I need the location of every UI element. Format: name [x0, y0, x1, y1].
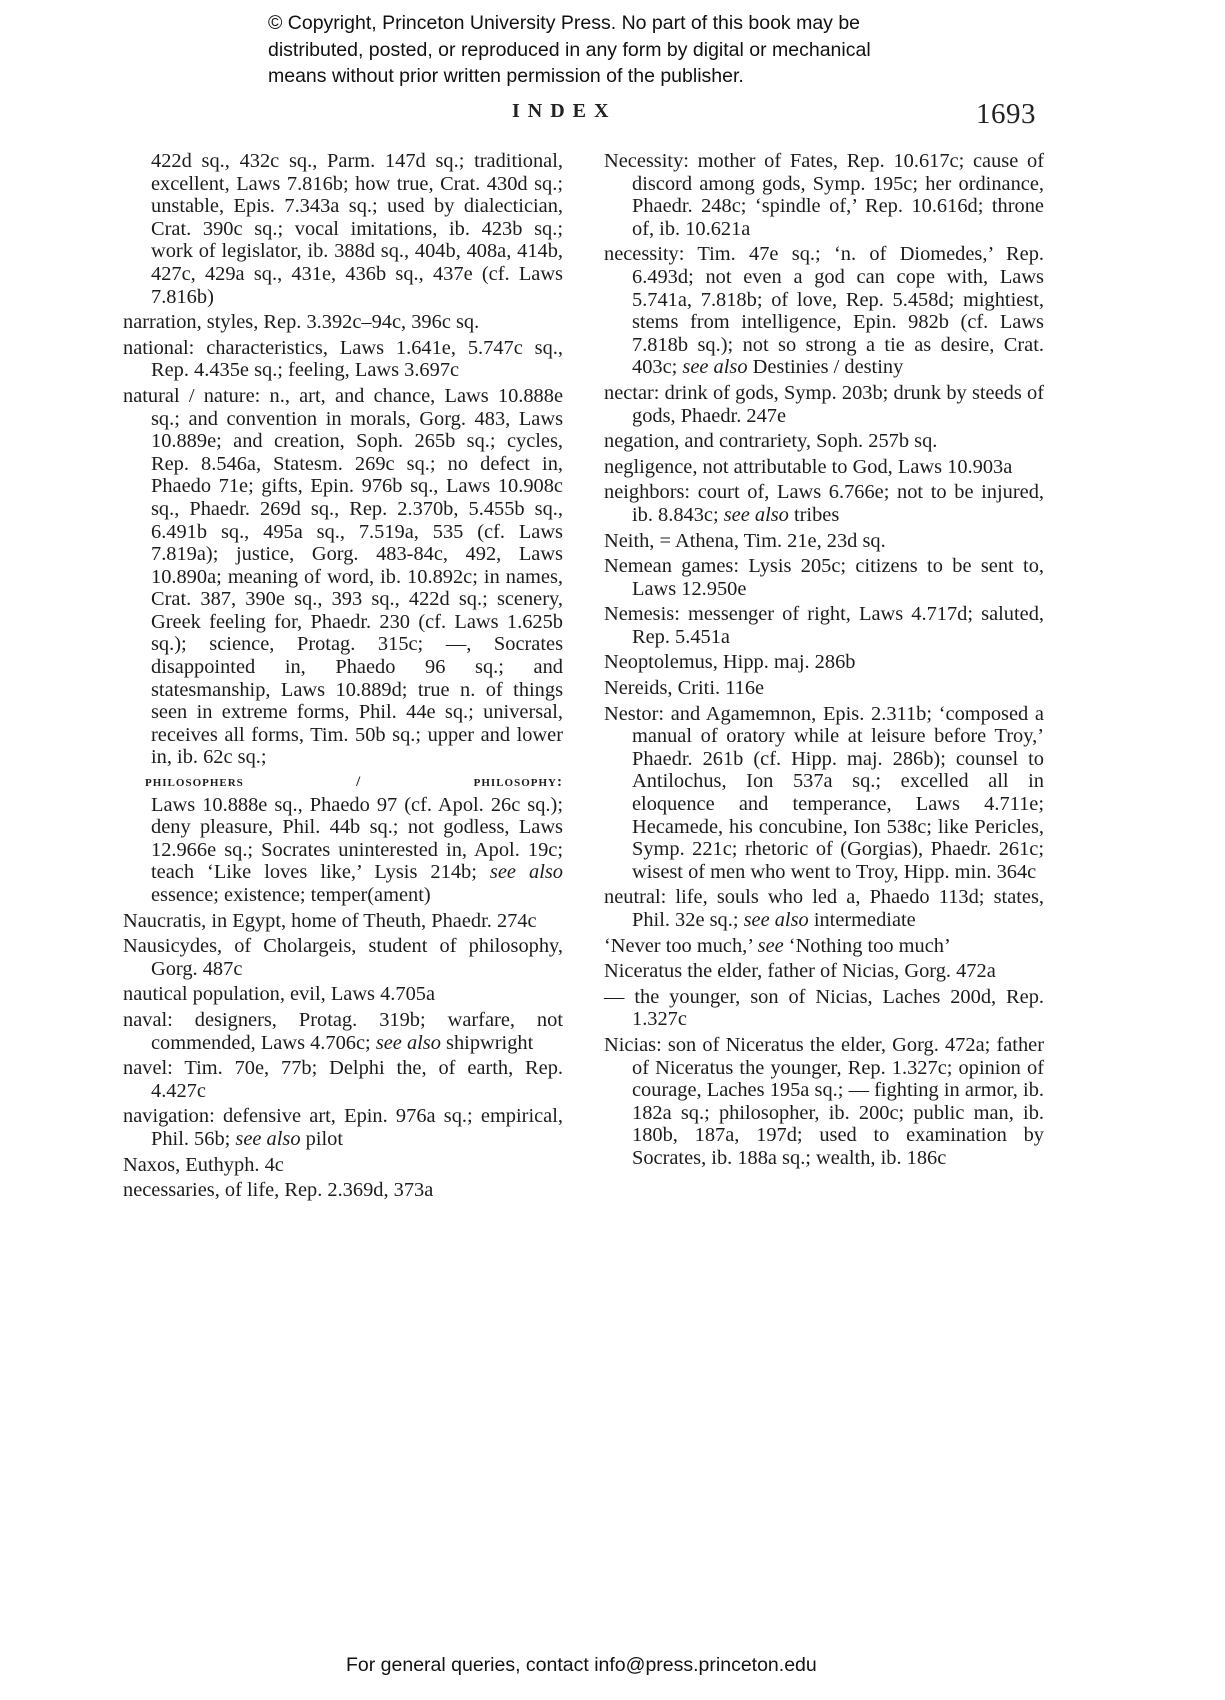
cross-reference-label: see also	[744, 909, 809, 931]
index-entry: natural / nature: n., art, and chance, L…	[123, 385, 563, 907]
index-entry: — the younger, son of Nicias, Laches 200…	[604, 986, 1044, 1031]
index-entry: Niceratus the elder, father of Nicias, G…	[604, 960, 1044, 983]
entry-text: — the younger, son of Nicias, Laches 200…	[604, 986, 1044, 1031]
index-entry: narration, styles, Rep. 3.392c–94c, 396c…	[123, 311, 563, 334]
entry-text: negligence, not attributable to God, Law…	[604, 456, 1012, 478]
entry-text: Nausicydes, of Cholargeis, student of ph…	[123, 935, 563, 980]
index-entry: Nemean games: Lysis 205c; citizens to be…	[604, 555, 1044, 600]
copyright-line: distributed, posted, or reproduced in an…	[268, 37, 1028, 64]
index-entry: Nausicydes, of Cholargeis, student of ph…	[123, 935, 563, 980]
entry-text: Naxos, Euthyph. 4c	[123, 1154, 284, 1176]
page-number: 1693	[976, 98, 1036, 131]
subheading-label: philosophers / philosophy:	[151, 771, 563, 794]
entry-text: Neoptolemus, Hipp. maj. 286b	[604, 651, 855, 673]
entry-text: necessaries, of life, Rep. 2.369d, 373a	[123, 1179, 433, 1201]
entry-text: nectar: drink of gods, Symp. 203b; drunk…	[604, 382, 1044, 427]
entry-text: Naucratis, in Egypt, home of Theuth, Pha…	[123, 910, 537, 932]
entry-text: negation, and contrariety, Soph. 257b sq…	[604, 430, 937, 452]
index-entry: Necessity: mother of Fates, Rep. 10.617c…	[604, 150, 1044, 240]
entry-text: Nereids, Criti. 116e	[604, 677, 764, 699]
index-entry: neutral: life, souls who led a, Phaedo 1…	[604, 886, 1044, 931]
index-entry: Nicias: son of Niceratus the elder, Gorg…	[604, 1034, 1044, 1170]
index-entry: Nemesis: messenger of right, Laws 4.717d…	[604, 603, 1044, 648]
cross-reference-label: see also	[376, 1032, 441, 1054]
copyright-line: means without prior written permission o…	[268, 63, 1028, 90]
copyright-line: © Copyright, Princeton University Press.…	[268, 10, 1028, 37]
entry-text: Nemesis: messenger of right, Laws 4.717d…	[604, 603, 1044, 648]
index-entry: navel: Tim. 70e, 77b; Delphi the, of ear…	[123, 1057, 563, 1102]
index-entry: ‘Never too much,’ see ‘Nothing too much’	[604, 935, 1044, 958]
cross-reference-label: see	[758, 935, 784, 957]
index-entry: Naxos, Euthyph. 4c	[123, 1154, 563, 1177]
entry-text: pilot	[301, 1128, 343, 1150]
index-entry: Nereids, Criti. 116e	[604, 677, 1044, 700]
entry-text: navel: Tim. 70e, 77b; Delphi the, of ear…	[123, 1057, 563, 1102]
entry-text: narration, styles, Rep. 3.392c–94c, 396c…	[123, 311, 479, 333]
cross-reference-label: see also	[682, 356, 747, 378]
index-entry: nectar: drink of gods, Symp. 203b; drunk…	[604, 382, 1044, 427]
entry-text: intermediate	[809, 909, 916, 931]
index-entry: navigation: defensive art, Epin. 976a sq…	[123, 1105, 563, 1150]
index-entry: Neoptolemus, Hipp. maj. 286b	[604, 651, 1044, 674]
index-entry: negation, and contrariety, Soph. 257b sq…	[604, 430, 1044, 453]
entry-text: Niceratus the elder, father of Nicias, G…	[604, 960, 996, 982]
entry-text: Nicias: son of Niceratus the elder, Gorg…	[604, 1034, 1044, 1169]
entry-text: Nemean games: Lysis 205c; citizens to be…	[604, 555, 1044, 600]
copyright-notice: © Copyright, Princeton University Press.…	[268, 10, 1028, 90]
entry-text: nautical population, evil, Laws 4.705a	[123, 983, 435, 1005]
footer-contact: For general queries, contact info@press.…	[346, 1654, 817, 1677]
entry-text: Necessity: mother of Fates, Rep. 10.617c…	[604, 150, 1044, 240]
entry-text: shipwright	[441, 1032, 533, 1054]
index-entry: nautical population, evil, Laws 4.705a	[123, 983, 563, 1006]
entry-text: Destinies / destiny	[748, 356, 904, 378]
index-entry: 422d sq., 432c sq., Parm. 147d sq.; trad…	[123, 150, 563, 308]
entry-text: natural / nature: n., art, and chance, L…	[123, 385, 563, 769]
entry-text: Nestor: and Agamemnon, Epis. 2.311b; ‘co…	[604, 703, 1044, 883]
cross-reference-label: see also	[235, 1128, 300, 1150]
index-entry: necessaries, of life, Rep. 2.369d, 373a	[123, 1179, 563, 1202]
running-head: INDEX	[512, 100, 616, 123]
index-column-right: Necessity: mother of Fates, Rep. 10.617c…	[604, 150, 1044, 1173]
index-entry: necessity: Tim. 47e sq.; ‘n. of Diomedes…	[604, 243, 1044, 379]
cross-reference-label: see also	[490, 861, 563, 883]
index-entry: neighbors: court of, Laws 6.766e; not to…	[604, 481, 1044, 526]
index-entry: naval: designers, Protag. 319b; warfare,…	[123, 1009, 563, 1054]
index-entry: negligence, not attributable to God, Law…	[604, 456, 1044, 479]
index-column-left: 422d sq., 432c sq., Parm. 147d sq.; trad…	[123, 150, 563, 1205]
index-entry: Neith, = Athena, Tim. 21e, 23d sq.	[604, 530, 1044, 553]
entry-text: 422d sq., 432c sq., Parm. 147d sq.; trad…	[151, 150, 563, 308]
index-entry: national: characteristics, Laws 1.641e, …	[123, 337, 563, 382]
index-entry: Naucratis, in Egypt, home of Theuth, Pha…	[123, 910, 563, 933]
entry-text: ‘Nothing too much’	[784, 935, 951, 957]
entry-text: ‘Never too much,’	[604, 935, 758, 957]
index-entry: Nestor: and Agamemnon, Epis. 2.311b; ‘co…	[604, 703, 1044, 884]
entry-text: essence; existence; temper(ament)	[151, 884, 431, 906]
entry-text: Neith, = Athena, Tim. 21e, 23d sq.	[604, 530, 886, 552]
entry-text: tribes	[789, 504, 839, 526]
cross-reference-label: see also	[724, 504, 789, 526]
entry-text: national: characteristics, Laws 1.641e, …	[123, 337, 563, 382]
